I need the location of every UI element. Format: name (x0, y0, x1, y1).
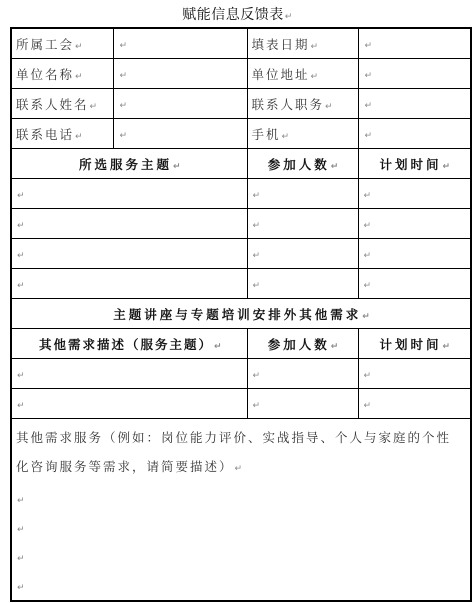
mobile-field[interactable]: ↵ (358, 119, 471, 149)
paragraph-mark-icon: ↵ (75, 42, 85, 52)
other-needs-section-row: 主题讲座与专题培训安排外其他需求↵ (11, 299, 471, 329)
paragraph-mark-icon: ↵ (253, 401, 263, 411)
header-participants: 参加人数↵ (247, 329, 358, 359)
paragraph-mark-icon: ↵ (442, 162, 453, 172)
participants-field[interactable]: ↵ (247, 179, 358, 209)
other-services-field[interactable]: 其他需求服务（例如：岗位能力评价、实战指导、个人与家庭的个性化咨询服务等需求，请… (11, 419, 471, 602)
blank-line[interactable]: ↵ (16, 513, 464, 542)
paragraph-mark-icon: ↵ (17, 401, 27, 411)
paragraph-mark-icon: ↵ (331, 342, 342, 352)
paragraph-mark-icon: ↵ (364, 191, 374, 201)
paragraph-mark-icon: ↵ (364, 281, 374, 291)
paragraph-mark-icon: ↵ (17, 525, 27, 535)
paragraph-mark-icon: ↵ (253, 191, 263, 201)
paragraph-mark-icon: ↵ (365, 101, 375, 111)
paragraph-mark-icon: ↵ (442, 342, 453, 352)
service-topic-row: ↵ ↵ ↵ (11, 209, 471, 239)
paragraph-mark-icon: ↵ (311, 72, 321, 82)
form-title: 赋能信息反馈表↵ (0, 4, 475, 24)
contact-title-field[interactable]: ↵ (358, 89, 471, 119)
label-phone: 联系电话↵ (11, 119, 113, 149)
service-topic-row: ↵ ↵ ↵ (11, 239, 471, 269)
topic-field[interactable]: ↵ (11, 179, 247, 209)
form-title-text: 赋能信息反馈表 (182, 7, 284, 23)
other-need-description-field[interactable]: ↵ (11, 359, 247, 389)
other-services-prompt: 其他需求服务（例如：岗位能力评价、实战指导、个人与家庭的个性化咨询服务等需求，请… (16, 423, 464, 484)
participants-field[interactable]: ↵ (247, 209, 358, 239)
paragraph-mark-icon: ↵ (17, 221, 27, 231)
fill-date-field[interactable]: ↵ (358, 28, 471, 59)
other-needs-header-row: 其他需求描述（服务主题）↵ 参加人数↵ 计划时间↵ (11, 329, 471, 359)
participants-field[interactable]: ↵ (247, 389, 358, 419)
feedback-form-table: 所属工会↵ ↵ 填表日期↵ ↵ 单位名称↵ ↵ 单位地址↵ ↵ 联系人姓名↵ ↵… (10, 27, 472, 602)
other-needs-row: ↵ ↵ ↵ (11, 359, 471, 389)
union-field[interactable]: ↵ (113, 28, 247, 59)
paragraph-mark-icon: ↵ (17, 251, 27, 261)
header-planned-time: 计划时间↵ (358, 329, 471, 359)
paragraph-mark-icon: ↵ (253, 251, 263, 261)
header-planned-time: 计划时间↵ (358, 149, 471, 179)
paragraph-mark-icon: ↵ (75, 132, 85, 142)
planned-time-field[interactable]: ↵ (358, 179, 471, 209)
participants-field[interactable]: ↵ (247, 269, 358, 299)
other-services-row: 其他需求服务（例如：岗位能力评价、实战指导、个人与家庭的个性化咨询服务等需求，请… (11, 419, 471, 602)
other-need-description-field[interactable]: ↵ (11, 389, 247, 419)
basic-info-row: 所属工会↵ ↵ 填表日期↵ ↵ (11, 28, 471, 59)
paragraph-mark-icon: ↵ (214, 342, 224, 352)
header-other-needs-description: 其他需求描述（服务主题）↵ (11, 329, 247, 359)
paragraph-mark-icon: ↵ (17, 371, 27, 381)
label-contact-title: 联系人职务↵ (247, 89, 358, 119)
basic-info-row: 联系人姓名↵ ↵ 联系人职务↵ ↵ (11, 89, 471, 119)
label-fill-date: 填表日期↵ (247, 28, 358, 59)
planned-time-field[interactable]: ↵ (358, 389, 471, 419)
basic-info-row: 联系电话↵ ↵ 手机↵ ↵ (11, 119, 471, 149)
paragraph-mark-icon: ↵ (282, 132, 292, 142)
paragraph-mark-icon: ↵ (90, 102, 100, 112)
planned-time-field[interactable]: ↵ (358, 269, 471, 299)
paragraph-mark-icon: ↵ (365, 131, 375, 141)
paragraph-mark-icon: ↵ (253, 371, 263, 381)
header-participants: 参加人数↵ (247, 149, 358, 179)
planned-time-field[interactable]: ↵ (358, 239, 471, 269)
paragraph-mark-icon: ↵ (325, 102, 335, 112)
topic-field[interactable]: ↵ (11, 269, 247, 299)
paragraph-mark-icon: ↵ (120, 101, 130, 111)
paragraph-mark-icon: ↵ (120, 71, 130, 81)
paragraph-mark-icon: ↵ (365, 41, 375, 51)
contact-name-field[interactable]: ↵ (113, 89, 247, 119)
header-selected-topic: 所选服务主题↵ (11, 149, 247, 179)
paragraph-mark-icon: ↵ (365, 71, 375, 81)
paragraph-mark-icon: ↵ (235, 464, 245, 474)
blank-line[interactable]: ↵ (16, 542, 464, 571)
paragraph-mark-icon: ↵ (17, 281, 27, 291)
paragraph-mark-icon: ↵ (364, 251, 374, 261)
other-needs-section-title: 主题讲座与专题培训安排外其他需求↵ (11, 299, 471, 329)
paragraph-mark-icon: ↵ (285, 12, 293, 22)
label-union: 所属工会↵ (11, 28, 113, 59)
topic-field[interactable]: ↵ (11, 209, 247, 239)
paragraph-mark-icon: ↵ (17, 191, 27, 201)
blank-line[interactable]: ↵ (16, 571, 464, 600)
paragraph-mark-icon: ↵ (75, 72, 85, 82)
paragraph-mark-icon: ↵ (120, 131, 130, 141)
planned-time-field[interactable]: ↵ (358, 359, 471, 389)
paragraph-mark-icon: ↵ (120, 41, 130, 51)
unit-name-field[interactable]: ↵ (113, 59, 247, 89)
paragraph-mark-icon: ↵ (311, 42, 321, 52)
label-mobile: 手机↵ (247, 119, 358, 149)
paragraph-mark-icon: ↵ (364, 401, 374, 411)
paragraph-mark-icon: ↵ (364, 221, 374, 231)
service-topic-row: ↵ ↵ ↵ (11, 179, 471, 209)
label-unit-name: 单位名称↵ (11, 59, 113, 89)
participants-field[interactable]: ↵ (247, 239, 358, 269)
paragraph-mark-icon: ↵ (362, 312, 373, 322)
participants-field[interactable]: ↵ (247, 359, 358, 389)
paragraph-mark-icon: ↵ (17, 554, 27, 564)
basic-info-row: 单位名称↵ ↵ 单位地址↵ ↵ (11, 59, 471, 89)
service-topic-row: ↵ ↵ ↵ (11, 269, 471, 299)
label-contact-name: 联系人姓名↵ (11, 89, 113, 119)
paragraph-mark-icon: ↵ (17, 496, 27, 506)
paragraph-mark-icon: ↵ (253, 221, 263, 231)
paragraph-mark-icon: ↵ (364, 371, 374, 381)
unit-address-field[interactable]: ↵ (358, 59, 471, 89)
paragraph-mark-icon: ↵ (173, 162, 184, 172)
paragraph-mark-icon: ↵ (17, 583, 27, 593)
service-topics-header-row: 所选服务主题↵ 参加人数↵ 计划时间↵ (11, 149, 471, 179)
other-needs-row: ↵ ↵ ↵ (11, 389, 471, 419)
paragraph-mark-icon: ↵ (253, 281, 263, 291)
blank-line[interactable]: ↵ (16, 484, 464, 513)
topic-field[interactable]: ↵ (11, 239, 247, 269)
planned-time-field[interactable]: ↵ (358, 209, 471, 239)
paragraph-mark-icon: ↵ (331, 162, 342, 172)
phone-field[interactable]: ↵ (113, 119, 247, 149)
label-unit-address: 单位地址↵ (247, 59, 358, 89)
